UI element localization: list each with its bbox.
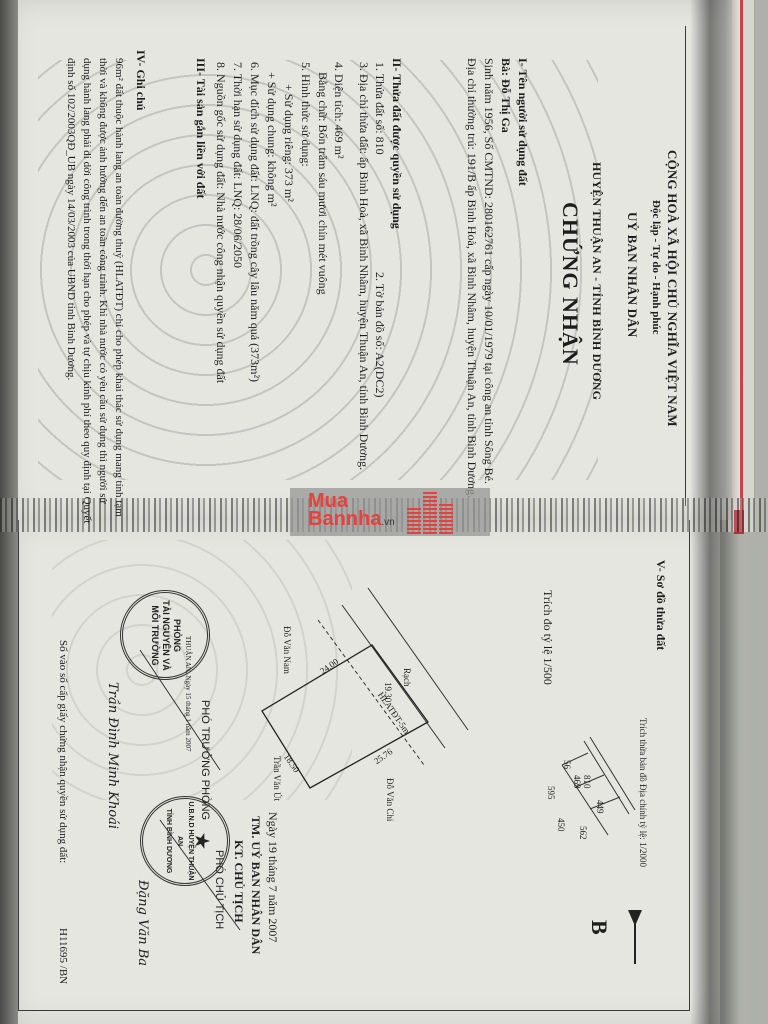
section2-heading: II- Thửa đất được quyền sử dụng (389, 58, 404, 229)
usage-origin: 8. Nguồn gốc sử dụng đất: Nhà nước công … (213, 62, 228, 383)
motto: Độc lập - Tự do - Hạnh phúc (650, 200, 662, 334)
parcel-area: 4. Diện tích: 469 m² (331, 62, 346, 159)
north-arrow-head-icon (628, 910, 642, 926)
scale-note: Trích đo tỷ lệ 1/500 (540, 590, 555, 685)
sign-date: Ngày 19 tháng 7 năm 2007 (265, 812, 280, 942)
section3-heading: III- Tài sản gắn liền với đất (193, 58, 208, 198)
neighbor-bottom: Trần Văn Út (272, 756, 282, 801)
inset-parcel-562: 562 (578, 826, 588, 840)
watermark-suffix: .vn (381, 517, 394, 528)
parcel-address: 3. Địa chỉ thửa đất: ấp Bình Hoà, xã Bìn… (356, 62, 371, 470)
building-icon (407, 490, 453, 534)
inset-parcel-810: 810 (582, 775, 592, 789)
note-line: dụng hành lang phải di dời công trình tr… (79, 58, 94, 523)
watermark-text: Mua Bannha.vn (290, 492, 395, 532)
canal-label: Rạch (402, 668, 412, 687)
parcel-number: 1. Thửa đất số: 810 (372, 62, 387, 155)
registry-label: Số vào sổ cấp giấy chứng nhận quyền sử d… (55, 640, 70, 863)
section5-heading: V- Sơ đồ thửa đất (653, 560, 668, 650)
neighbor-right: Đỗ Văn Chi (385, 778, 395, 821)
usage-term: 7. Thời hạn sử dụng đất: LNQ: 28/06/2050 (230, 62, 245, 268)
watermark-logo: Mua Bannha.vn (290, 488, 490, 536)
watermark-line2: Bannha (308, 508, 381, 530)
owner-birth-id: Sinh năm 1956, Số CMTND: 280162761 cấp n… (481, 58, 496, 484)
note-line: thời và không được ảnh hưởng đến an toàn… (95, 58, 110, 504)
section1-heading: I- Tên người sử dụng đất (515, 58, 530, 186)
north-arrow-icon (634, 922, 636, 964)
national-title: CỘNG HOÀ XÃ HỘI CHỦ NGHĨA VIỆT NAM (664, 150, 680, 427)
neighbor-left: Đỗ Văn Nam (282, 626, 292, 674)
district: HUYỆN THUẬN AN - TỈNH BÌNH DƯƠNG (589, 162, 604, 400)
owner-name: Bà: Đỗ Thị Ga (498, 58, 513, 133)
north-label: B (586, 920, 612, 935)
certificate-title: CHỨNG NHẬN (557, 202, 583, 366)
inset-area-469: 469 (572, 775, 582, 789)
inset-parcel-595: 595 (546, 786, 556, 800)
parcel-area-words: Bằng chữ: Bốn trăm sáu mươi chín mét vuô… (315, 72, 330, 295)
usage-form: 5. Hình thức sử dụng: (298, 62, 313, 167)
sign-org: TM. UỶ BAN NHÂN DÂN (248, 816, 263, 954)
owner-address: Địa chỉ thường trú: 191/B ấp Bình Hoà, x… (464, 58, 479, 498)
registry-number: H11695 /BN (55, 928, 70, 984)
inset-parcel-449: 449 (595, 800, 605, 814)
map-sheet-number: 2. Tờ bản đồ số: A2(DC2) (372, 272, 387, 397)
note-line: 96m² đất thuộc hành lang an toàn đường t… (111, 58, 126, 517)
private-use: + Sử dụng riêng: 373 m² (281, 84, 296, 202)
inset-parcel-450: 450 (556, 818, 566, 832)
signature-stroke (130, 640, 250, 940)
shared-use: + Sử dụng chung: không m² (264, 72, 279, 207)
signer-name-dept: Trần Đình Minh Khoái (105, 682, 120, 829)
land-purpose: 6. Mục đích sử dụng đất: LNQ: đất trồng … (247, 62, 262, 382)
note-line: định số 102/2003QĐ_UB ngày 14/03/2003 củ… (63, 58, 78, 380)
section4-heading: IV- Ghi chú (133, 50, 148, 110)
inset-parcel-56: 56 (562, 760, 572, 769)
authority: UỶ BAN NHÂN DÂN (624, 212, 640, 337)
